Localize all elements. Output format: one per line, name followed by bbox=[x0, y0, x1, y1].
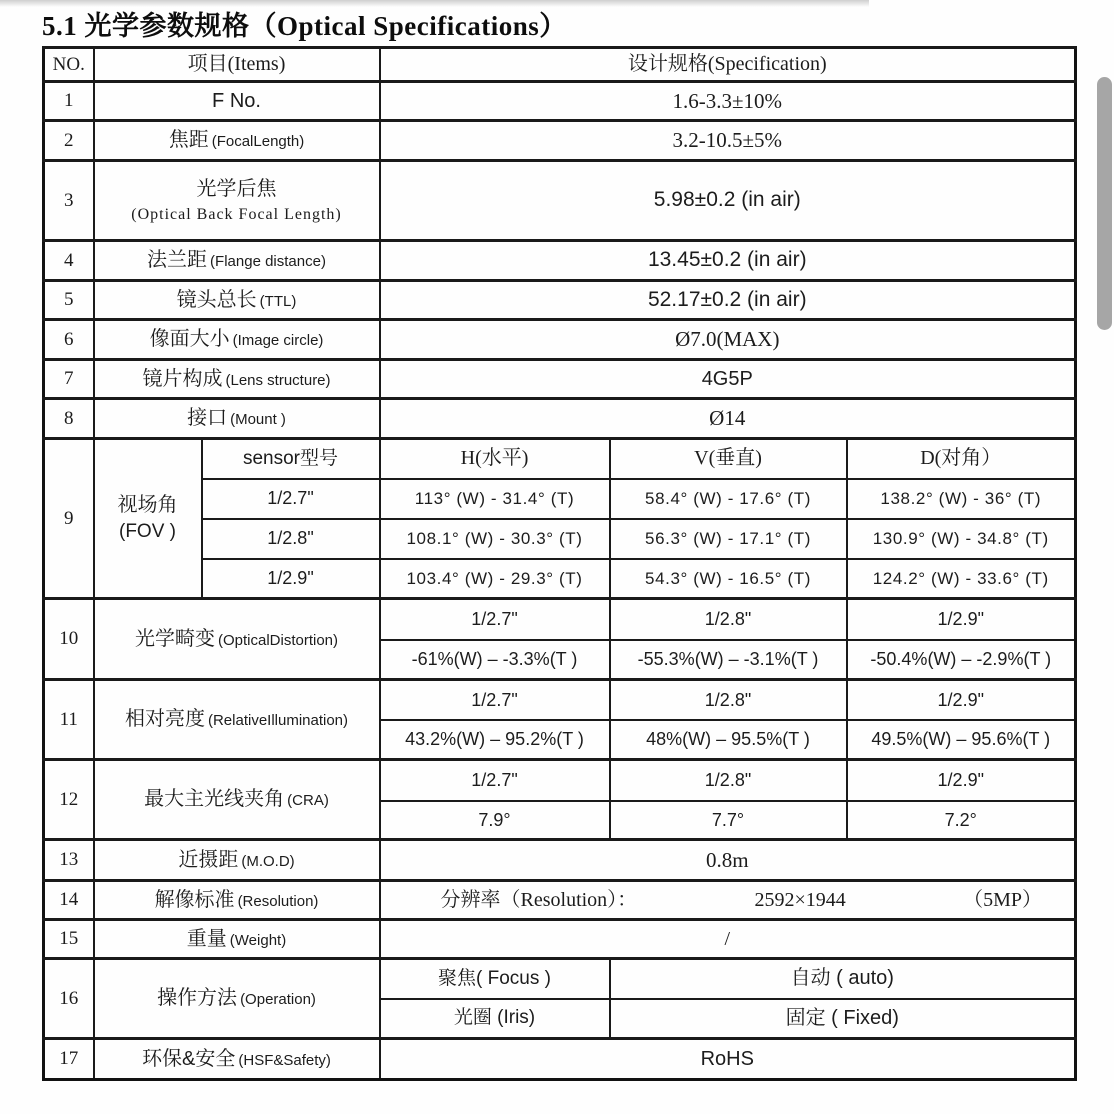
operation-key: 聚焦( Focus ) bbox=[380, 959, 610, 999]
spec-value: Ø7.0(MAX) bbox=[380, 320, 1076, 360]
table-row: 5 镜头总长(TTL) 52.17±0.2 (in air) bbox=[44, 281, 1076, 320]
table-row: 6 像面大小(Image circle) Ø7.0(MAX) bbox=[44, 320, 1076, 360]
row-no: 6 bbox=[44, 320, 94, 360]
sensor-size: 1/2.8" bbox=[610, 599, 847, 640]
row-no: 5 bbox=[44, 281, 94, 320]
fov-sensor: 1/2.7" bbox=[202, 479, 380, 519]
resolution-prefix: 分辨率（Resolution）： bbox=[441, 888, 638, 913]
fov-v-header: V(垂直) bbox=[610, 439, 847, 479]
fov-d-value: 130.9° (W) - 34.8° (T) bbox=[847, 519, 1076, 559]
sensor-size: 1/2.8" bbox=[610, 680, 847, 720]
item-label: 镜头总长(TTL) bbox=[94, 281, 380, 320]
header-items: 项目(Items) bbox=[94, 48, 380, 82]
sensor-size: 1/2.8" bbox=[610, 760, 847, 801]
spec-value: 3.2-10.5±5% bbox=[380, 121, 1076, 161]
sensor-size: 1/2.7" bbox=[380, 760, 610, 801]
header-no: NO. bbox=[44, 48, 94, 82]
sensor-size: 1/2.9" bbox=[847, 680, 1076, 720]
sensor-size: 1/2.7" bbox=[380, 599, 610, 640]
row-no: 14 bbox=[44, 881, 94, 920]
resolution-value: 2592×1944 bbox=[755, 888, 846, 913]
row-no: 15 bbox=[44, 920, 94, 959]
table-row: 15 重量(Weight) / bbox=[44, 920, 1076, 959]
item-label: 最大主光线夹角(CRA) bbox=[94, 760, 380, 840]
item-label: 焦距(FocalLength) bbox=[94, 121, 380, 161]
item-label: 环保&安全(HSF&Safety) bbox=[94, 1039, 380, 1080]
operation-value: 自动 ( auto) bbox=[610, 959, 1076, 999]
cra-value: 7.7° bbox=[610, 801, 847, 840]
spec-value: RoHS bbox=[380, 1039, 1076, 1080]
spec-value: 4G5P bbox=[380, 360, 1076, 399]
sensor-size: 1/2.7" bbox=[380, 680, 610, 720]
table-row: 3 光学后焦(Optical Back Focal Length) 5.98±0… bbox=[44, 161, 1076, 241]
fov-v-value: 56.3° (W) - 17.1° (T) bbox=[610, 519, 847, 559]
row-no: 17 bbox=[44, 1039, 94, 1080]
sensor-size: 1/2.9" bbox=[847, 599, 1076, 640]
item-label: 镜片构成(Lens structure) bbox=[94, 360, 380, 399]
item-label: 光学后焦(Optical Back Focal Length) bbox=[94, 161, 380, 241]
row-no: 3 bbox=[44, 161, 94, 241]
table-row: 1 F No. 1.6-3.3±10% bbox=[44, 82, 1076, 121]
illumination-value: 49.5%(W) – 95.6%(T ) bbox=[847, 720, 1076, 760]
row-no: 13 bbox=[44, 840, 94, 881]
resolution-cell: 分辨率（Resolution）： 2592×1944 （5MP） bbox=[380, 881, 1076, 920]
operation-row: 16 操作方法(Operation) 聚焦( Focus ) 自动 ( auto… bbox=[44, 959, 1076, 999]
spec-value: 5.98±0.2 (in air) bbox=[380, 161, 1076, 241]
row-no: 7 bbox=[44, 360, 94, 399]
illumination-value: 43.2%(W) – 95.2%(T ) bbox=[380, 720, 610, 760]
fov-d-value: 124.2° (W) - 33.6° (T) bbox=[847, 559, 1076, 599]
row-no: 1 bbox=[44, 82, 94, 121]
row-no: 8 bbox=[44, 399, 94, 439]
row-no: 4 bbox=[44, 241, 94, 281]
spec-value: / bbox=[380, 920, 1076, 959]
fov-sensor: 1/2.8" bbox=[202, 519, 380, 559]
row-no: 2 bbox=[44, 121, 94, 161]
fov-h-header: H(水平) bbox=[380, 439, 610, 479]
illumination-value: 48%(W) – 95.5%(T ) bbox=[610, 720, 847, 760]
cra-value: 7.2° bbox=[847, 801, 1076, 840]
table-row: 4 法兰距(Flange distance) 13.45±0.2 (in air… bbox=[44, 241, 1076, 281]
spec-value: 0.8m bbox=[380, 840, 1076, 881]
item-label: F No. bbox=[94, 82, 380, 121]
operation-value: 固定 ( Fixed) bbox=[610, 999, 1076, 1039]
row-no: 16 bbox=[44, 959, 94, 1039]
table-row: 7 镜片构成(Lens structure) 4G5P bbox=[44, 360, 1076, 399]
fov-h-value: 113° (W) - 31.4° (T) bbox=[380, 479, 610, 519]
item-label: 解像标准(Resolution) bbox=[94, 881, 380, 920]
fov-d-header: D(对角） bbox=[847, 439, 1076, 479]
table-row: 17 环保&安全(HSF&Safety) RoHS bbox=[44, 1039, 1076, 1080]
row-no: 12 bbox=[44, 760, 94, 840]
spec-value: 13.45±0.2 (in air) bbox=[380, 241, 1076, 281]
distortion-value: -50.4%(W) – -2.9%(T ) bbox=[847, 640, 1076, 680]
fov-label: 视场角(FOV ) bbox=[94, 439, 202, 599]
item-label: 相对亮度(RelativeIllumination) bbox=[94, 680, 380, 760]
fov-d-value: 138.2° (W) - 36° (T) bbox=[847, 479, 1076, 519]
header-spec: 设计规格(Specification) bbox=[380, 48, 1076, 82]
fov-h-value: 103.4° (W) - 29.3° (T) bbox=[380, 559, 610, 599]
page-title: 5.1 光学参数规格（Optical Specifications） bbox=[42, 4, 567, 43]
item-label: 近摄距(M.O.D) bbox=[94, 840, 380, 881]
row-no: 10 bbox=[44, 599, 94, 680]
fov-sensor-header: sensor型号 bbox=[202, 439, 380, 479]
fov-h-value: 108.1° (W) - 30.3° (T) bbox=[380, 519, 610, 559]
item-label: 接口(Mount ) bbox=[94, 399, 380, 439]
illumination-header-row: 11 相对亮度(RelativeIllumination) 1/2.7" 1/2… bbox=[44, 680, 1076, 720]
table-row: 2 焦距(FocalLength) 3.2-10.5±5% bbox=[44, 121, 1076, 161]
spec-value: 52.17±0.2 (in air) bbox=[380, 281, 1076, 320]
fov-header-row: 9 视场角(FOV ) sensor型号 H(水平) V(垂直) D(对角） bbox=[44, 439, 1076, 479]
spec-value: 1.6-3.3±10% bbox=[380, 82, 1076, 121]
table-row: 14 解像标准(Resolution) 分辨率（Resolution）： 259… bbox=[44, 881, 1076, 920]
fov-sensor: 1/2.9" bbox=[202, 559, 380, 599]
scrollbar-thumb[interactable] bbox=[1097, 77, 1112, 330]
item-label: 光学畸变(OpticalDistortion) bbox=[94, 599, 380, 680]
table-header-row: NO. 项目(Items) 设计规格(Specification) bbox=[44, 48, 1076, 82]
operation-key: 光圈 (Iris) bbox=[380, 999, 610, 1039]
sensor-size: 1/2.9" bbox=[847, 760, 1076, 801]
distortion-value: -55.3%(W) – -3.1%(T ) bbox=[610, 640, 847, 680]
row-no: 11 bbox=[44, 680, 94, 760]
optical-spec-table: NO. 项目(Items) 设计规格(Specification) 1 F No… bbox=[42, 46, 1077, 1081]
spec-value: Ø14 bbox=[380, 399, 1076, 439]
document-page: 5.1 光学参数规格（Optical Specifications） NO. 项… bbox=[0, 0, 1114, 1114]
distortion-value: -61%(W) – -3.3%(T ) bbox=[380, 640, 610, 680]
resolution-note: （5MP） bbox=[963, 888, 1042, 913]
distortion-header-row: 10 光学畸变(OpticalDistortion) 1/2.7" 1/2.8"… bbox=[44, 599, 1076, 640]
cra-header-row: 12 最大主光线夹角(CRA) 1/2.7" 1/2.8" 1/2.9" bbox=[44, 760, 1076, 801]
item-label: 像面大小(Image circle) bbox=[94, 320, 380, 360]
row-no: 9 bbox=[44, 439, 94, 599]
item-label: 重量(Weight) bbox=[94, 920, 380, 959]
table-row: 8 接口(Mount ) Ø14 bbox=[44, 399, 1076, 439]
fov-v-value: 58.4° (W) - 17.6° (T) bbox=[610, 479, 847, 519]
cra-value: 7.9° bbox=[380, 801, 610, 840]
item-label: 操作方法(Operation) bbox=[94, 959, 380, 1039]
fov-v-value: 54.3° (W) - 16.5° (T) bbox=[610, 559, 847, 599]
item-label: 法兰距(Flange distance) bbox=[94, 241, 380, 281]
table-row: 13 近摄距(M.O.D) 0.8m bbox=[44, 840, 1076, 881]
